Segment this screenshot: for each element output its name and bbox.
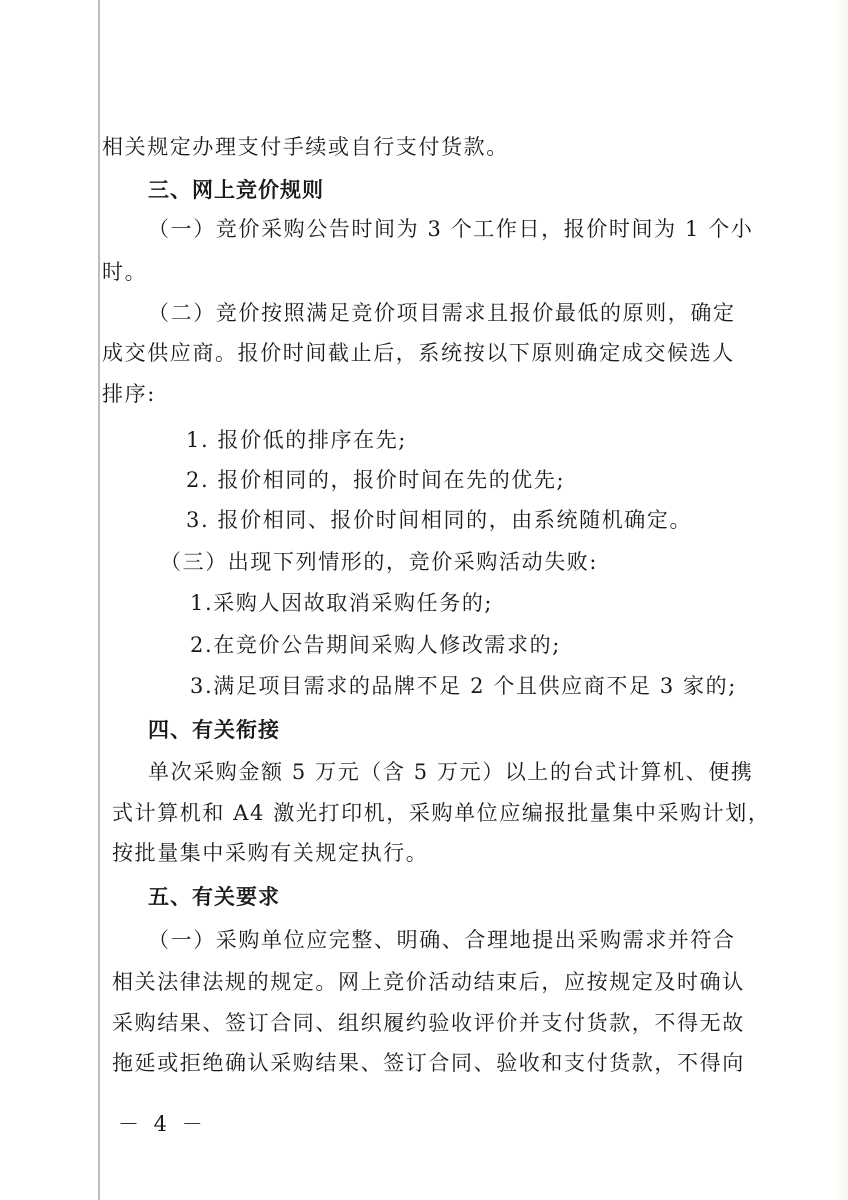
text-line: 成交供应商。报价时间截止后，系统按以下原则确定成交候选人 [102,339,735,367]
text-line: 2. 报价相同的，报价时间在先的优先; [186,466,565,494]
text-line: 式计算机和 A4 激光打印机，采购单位应编报批量集中采购计划， [112,799,770,827]
text-line: 相关法律法规的规定。网上竞价活动结束后，应按规定及时确认 [112,968,745,996]
text-line: 按批量集中采购有关规定执行。 [112,839,428,867]
text-line: 3.满足项目需求的品牌不足 2 个且供应商不足 3 家的; [190,672,737,700]
text-line: 单次采购金额 5 万元（含 5 万元）以上的台式计算机、便携 [148,758,753,786]
text-line: （一）采购单位应完整、明确、合理地提出采购需求并符合 [148,926,736,954]
page-number: － 4 － [118,1110,207,1138]
text-line: 排序: [102,380,156,408]
section-heading: 四、有关衔接 [148,716,280,744]
text-line: 3. 报价相同、报价时间相同的，由系统随机确定。 [186,506,692,534]
text-line: 1.采购人因故取消采购任务的; [190,589,493,617]
page-edge-line [98,0,100,1200]
text-line: 2.在竞价公告期间采购人修改需求的; [190,631,561,659]
text-line: 相关规定办理支付手续或自行支付货款。 [102,133,509,161]
text-line: 拖延或拒绝确认采购结果、签订合同、验收和支付货款，不得向 [112,1049,745,1077]
text-line: 采购结果、签订合同、组织履约验收评价并支付货款，不得无故 [112,1009,745,1037]
text-line: 1. 报价低的排序在先; [186,426,407,454]
text-line: 时。 [102,258,147,286]
text-line: （二）竞价按照满足竞价项目需求且报价最低的原则，确定 [148,299,736,327]
scan-edge-shade [836,0,848,1200]
text-line: （一）竞价采购公告时间为 3 个工作日，报价时间为 1 个小 [148,215,753,243]
section-heading: 五、有关要求 [148,883,280,911]
text-line: （三）出现下列情形的，竞价采购活动失败: [160,548,598,576]
section-heading: 三、网上竞价规则 [148,176,324,204]
